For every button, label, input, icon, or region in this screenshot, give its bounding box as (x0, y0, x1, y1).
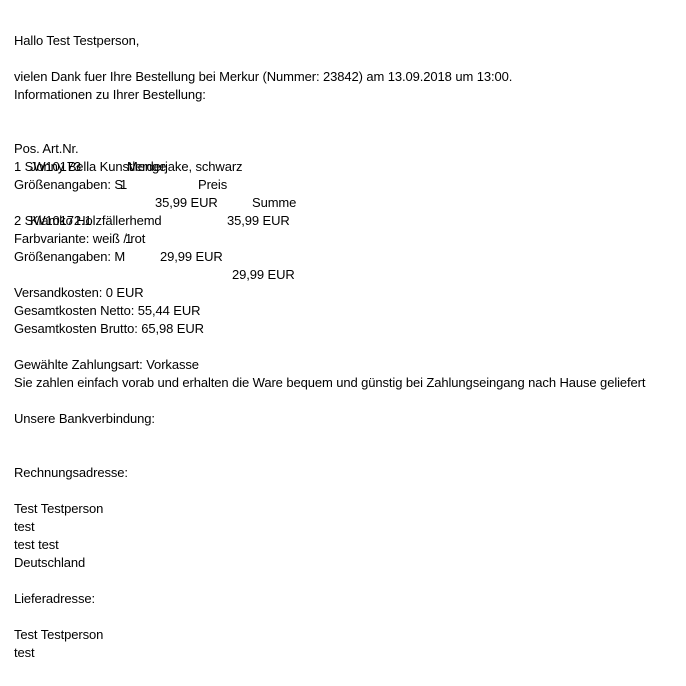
payment-description: Sie zahlen einfach vorab und erhalten di… (14, 374, 645, 392)
bank-details-label: Unsere Bankverbindung: (14, 410, 155, 428)
item-name: Jonny Bella Kunstlerderjake, schwarz (30, 158, 242, 176)
item-detail: Farbvariante: weiß / rot (14, 230, 145, 248)
shipping-cost: Versandkosten: 0 EUR (14, 284, 144, 302)
billing-address-line: Test Testperson (14, 500, 103, 518)
total-gross: Gesamtkosten Brutto: 65,98 EUR (14, 320, 204, 338)
item-detail: Größenangaben: M (14, 248, 125, 266)
table-row: 1 SW10173 1 35,99 EUR 35,99 EUR (14, 140, 314, 158)
shipping-address-line: test (14, 644, 35, 662)
billing-address-line: test test (14, 536, 59, 554)
shipping-address-line: Test Testperson (14, 626, 103, 644)
item-summe: 35,99 EUR (227, 212, 290, 230)
billing-address-label: Rechnungsadresse: (14, 464, 128, 482)
greeting: Hallo Test Testperson, (14, 32, 139, 50)
payment-method: Gewählte Zahlungsart: Vorkasse (14, 356, 199, 374)
order-table-header: Pos. Art.Nr. Menge Preis Summe (14, 122, 314, 140)
item-name: Klamko Holzfällerhemd (30, 212, 162, 230)
item-detail: Größenangaben: S (14, 176, 123, 194)
thanks-text: vielen Dank fuer Ihre Bestellung bei Mer… (14, 68, 512, 86)
item-summe: 29,99 EUR (232, 266, 295, 284)
total-net: Gesamtkosten Netto: 55,44 EUR (14, 302, 200, 320)
header-preis: Preis (198, 176, 227, 194)
billing-address-line: test (14, 518, 35, 536)
shipping-address-label: Lieferadresse: (14, 590, 95, 608)
billing-address-line: Deutschland (14, 554, 85, 572)
table-row: 2 SW10172.1 1 29,99 EUR 29,99 EUR (14, 194, 314, 212)
order-info-heading: Informationen zu Ihrer Bestellung: (14, 86, 206, 104)
item-preis: 29,99 EUR (160, 248, 223, 266)
